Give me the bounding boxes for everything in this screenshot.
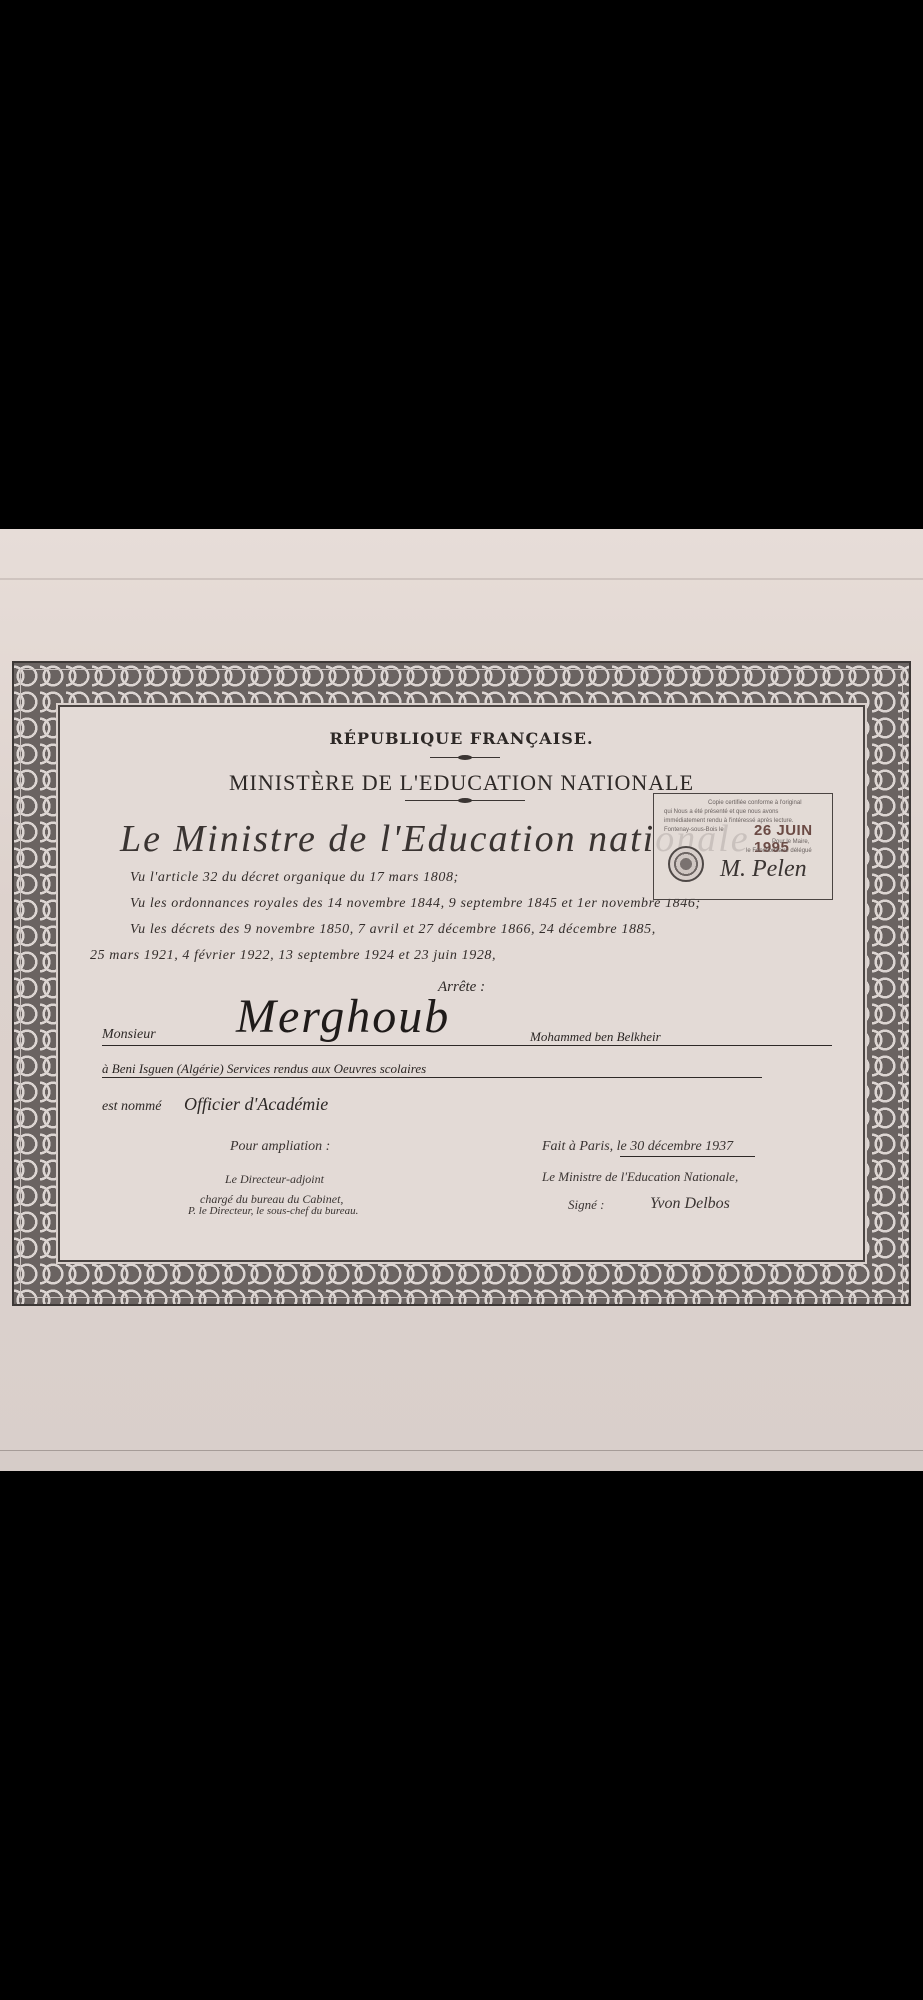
appointed-label: est nommé	[102, 1099, 162, 1115]
recipient-details: à Beni Isguen (Algérie) Services rendus …	[102, 1061, 426, 1077]
ornament-divider	[430, 757, 500, 758]
date-underline	[620, 1156, 755, 1157]
consideration-line: Vu les ordonnances royales des 14 novemb…	[130, 896, 701, 912]
recipient-given-names: Mohammed ben Belkheir	[530, 1029, 661, 1045]
recipient-surname: Merghoub	[236, 989, 450, 1044]
paper-bottom-edge	[0, 1450, 923, 1471]
stamp-text-line: Copie certifiée conforme à l'original	[708, 800, 802, 806]
ornamental-border: RÉPUBLIQUE FRANÇAISE. MINISTÈRE DE L'EDU…	[12, 661, 911, 1306]
left-sig-line4: P. le Directeur, le sous-chef du bureau.	[188, 1205, 358, 1217]
signed-label: Signé :	[568, 1197, 604, 1213]
stamp-mayor-line: Pour le Maire,	[772, 839, 809, 845]
rank-title: Officier d'Académie	[184, 1094, 328, 1115]
consideration-line: Vu les décrets des 9 novembre 1850, 7 av…	[130, 922, 656, 938]
certificate-panel: RÉPUBLIQUE FRANÇAISE. MINISTÈRE DE L'EDU…	[58, 705, 865, 1262]
salutation: Monsieur	[102, 1027, 156, 1043]
republic-heading: RÉPUBLIQUE FRANÇAISE.	[60, 729, 863, 748]
consideration-line: 25 mars 1921, 4 février 1922, 13 septemb…	[90, 948, 496, 964]
stamp-text-line: Fontenay-sous-Bois le	[664, 827, 724, 833]
left-sig-line1: Pour ampliation :	[230, 1139, 330, 1155]
name-underline	[102, 1045, 832, 1046]
left-sig-line2: Le Directeur-adjoint	[225, 1172, 324, 1187]
right-sig-place-date: Fait à Paris, le 30 décembre 1937	[542, 1139, 733, 1155]
stamp-delegate-line: le Fonctionnaire délégué	[746, 848, 812, 854]
paper-crease	[0, 578, 923, 580]
ornament-divider	[405, 800, 525, 801]
municipal-seal-icon	[668, 846, 704, 882]
stamp-signature: M. Pelen	[720, 856, 807, 883]
minister-signature: Yvon Delbos	[650, 1195, 730, 1213]
details-underline	[102, 1077, 762, 1078]
right-sig-line2: Le Ministre de l'Education Nationale,	[542, 1169, 738, 1185]
stamp-text-line: qui Nous a été présenté et que nous avon…	[664, 809, 778, 815]
certification-stamp: Copie certifiée conforme à l'original qu…	[653, 793, 833, 900]
consideration-line: Vu l'article 32 du décret organique du 1…	[130, 870, 459, 886]
